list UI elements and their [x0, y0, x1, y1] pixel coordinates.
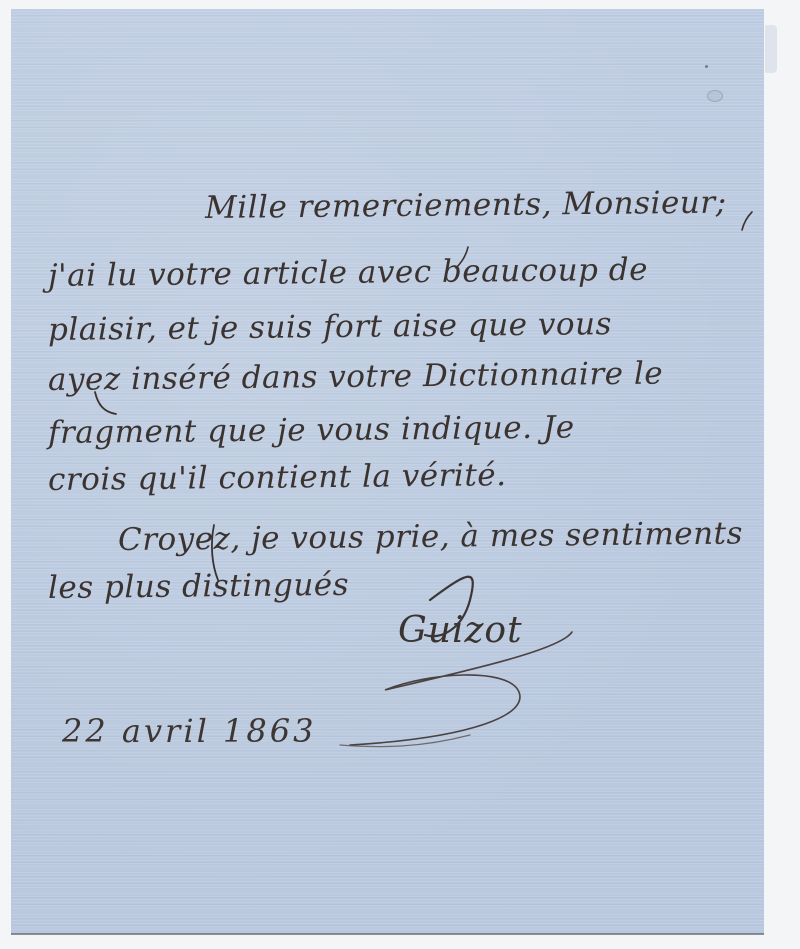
paper-speck [705, 65, 708, 68]
letter-line: ayez inséré dans votre Dictionnaire le [48, 356, 664, 398]
paper-torn-edge [765, 25, 777, 73]
letter-line-closing: Croyez, je vous prie, à mes sentiments [118, 515, 743, 558]
letter-line: fragment que je vous indique. Je [48, 409, 575, 451]
letter-line-salutation: Mille remerciements, Monsieur; [205, 185, 727, 226]
letter-line-closing: les plus distingués [48, 567, 349, 606]
letter-line: crois qu'il contient la vérité. [48, 457, 507, 498]
signature: Guizot [398, 610, 523, 651]
letter-line: j'ai lu votre article avec beaucoup de [48, 252, 648, 294]
scan-background: Mille remerciements, Monsieur; j'ai lu v… [0, 0, 800, 949]
letter-date: 22 avril 1863 [62, 712, 316, 750]
letter-line: plaisir, et je suis fort aise que vous [48, 306, 612, 348]
paper-stain [707, 90, 723, 102]
